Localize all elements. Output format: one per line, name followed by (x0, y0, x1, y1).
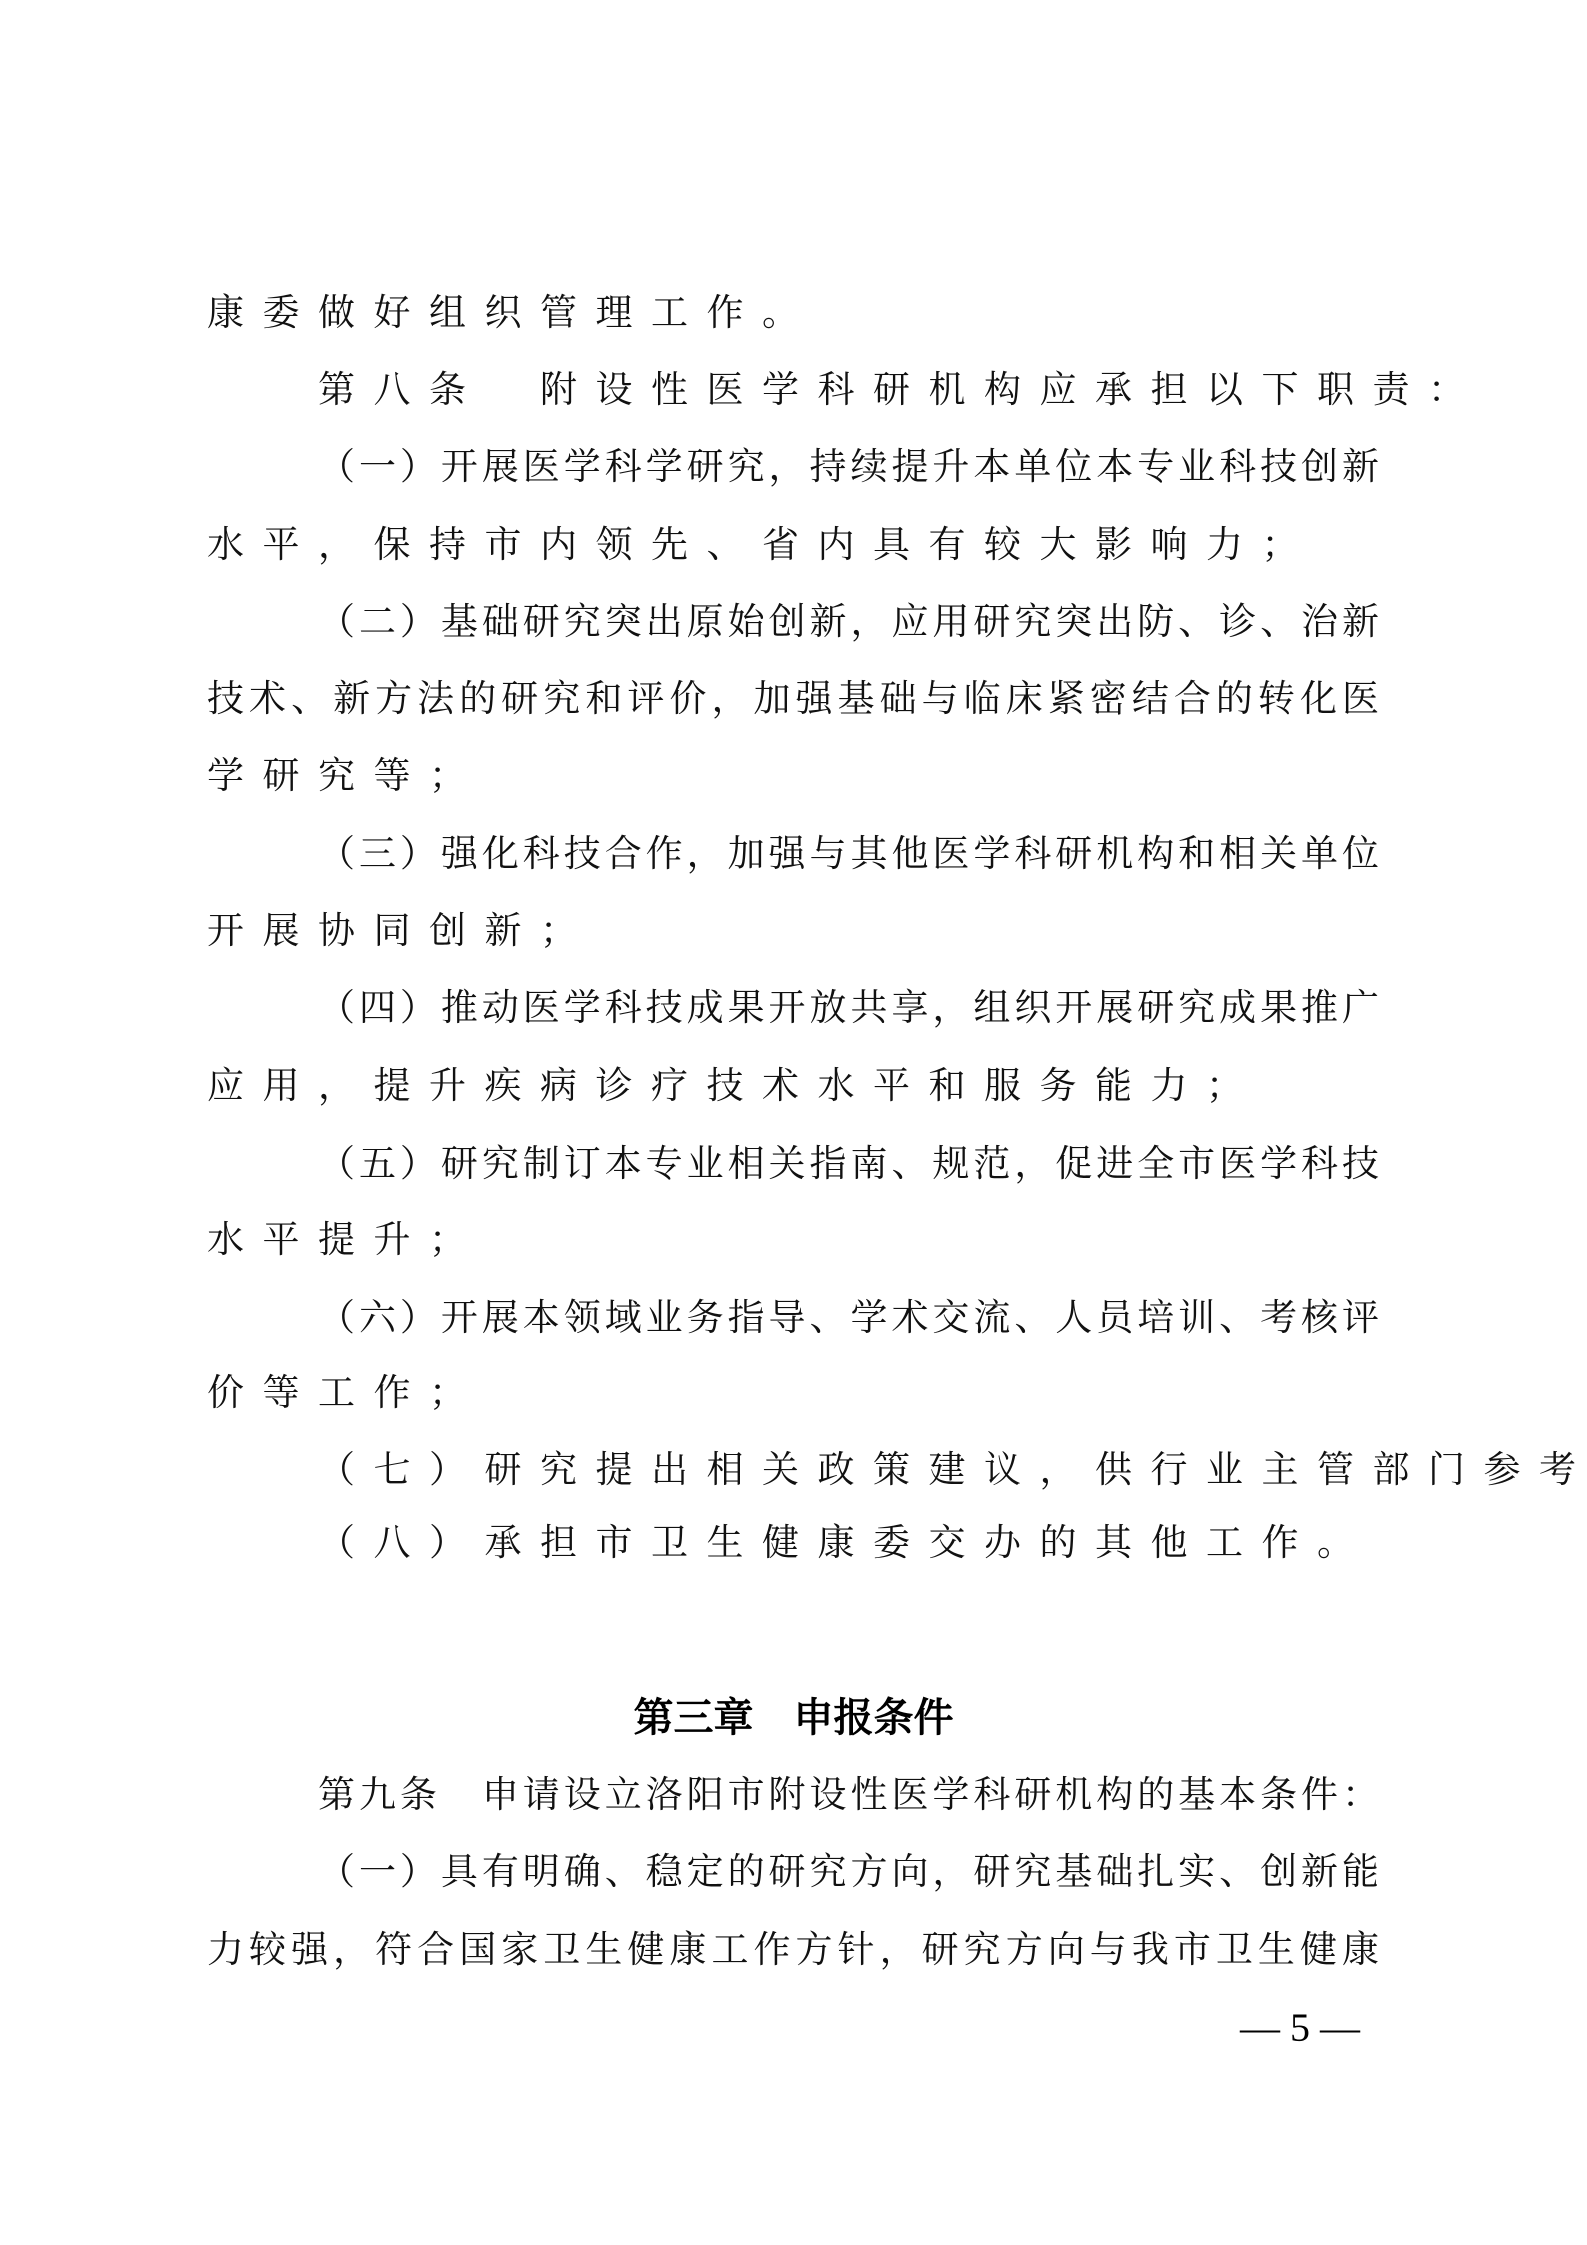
article-8-heading-line: 第八条 附设性医学科研机构应承担以下职责： (318, 362, 1379, 418)
list-item-line: （四）推动医学科技成果开放共享，组织开展研究成果推广 (318, 980, 1379, 1036)
list-item-line: （八）承担市卫生健康委交办的其他工作。 (318, 1515, 1379, 1571)
paragraph-line: 康委做好组织管理工作。 (207, 285, 1379, 341)
list-item-line: 学研究等； (207, 748, 1379, 804)
list-item-line: （六）开展本领域业务指导、学术交流、人员培训、考核评 (318, 1290, 1379, 1346)
page-number: — 5 — (1238, 2005, 1362, 2051)
document-page: 康委做好组织管理工作。 第八条 附设性医学科研机构应承担以下职责： （一）开展医… (0, 0, 1587, 2245)
chapter-heading: 第三章 申报条件 (0, 1690, 1587, 1746)
list-item-line: 水平，保持市内领先、省内具有较大影响力； (207, 517, 1379, 573)
list-item-line: （二）基础研究突出原始创新，应用研究突出防、诊、治新 (318, 594, 1379, 650)
list-item-line: （一）开展医学科学研究，持续提升本单位本专业科技创新 (318, 439, 1379, 495)
list-item-line: 开展协同创新； (207, 903, 1379, 959)
list-item-line: 水平提升； (207, 1212, 1379, 1268)
list-item-line: 应用，提升疾病诊疗技术水平和服务能力； (207, 1058, 1379, 1114)
list-item-line: 力较强，符合国家卫生健康工作方针，研究方向与我市卫生健康 (207, 1922, 1379, 1978)
article-9-heading-line: 第九条 申请设立洛阳市附设性医学科研机构的基本条件： (318, 1767, 1379, 1823)
list-item-line: （三）强化科技合作，加强与其他医学科研机构和相关单位 (318, 826, 1379, 882)
list-item-line: （七）研究提出相关政策建议，供行业主管部门参考； (318, 1442, 1379, 1498)
list-item-line: 技术、新方法的研究和评价，加强基础与临床紧密结合的转化医 (207, 671, 1379, 727)
list-item-line: 价等工作； (207, 1365, 1379, 1421)
list-item-line: （一）具有明确、稳定的研究方向，研究基础扎实、创新能 (318, 1844, 1379, 1900)
list-item-line: （五）研究制订本专业相关指南、规范，促进全市医学科技 (318, 1136, 1379, 1192)
